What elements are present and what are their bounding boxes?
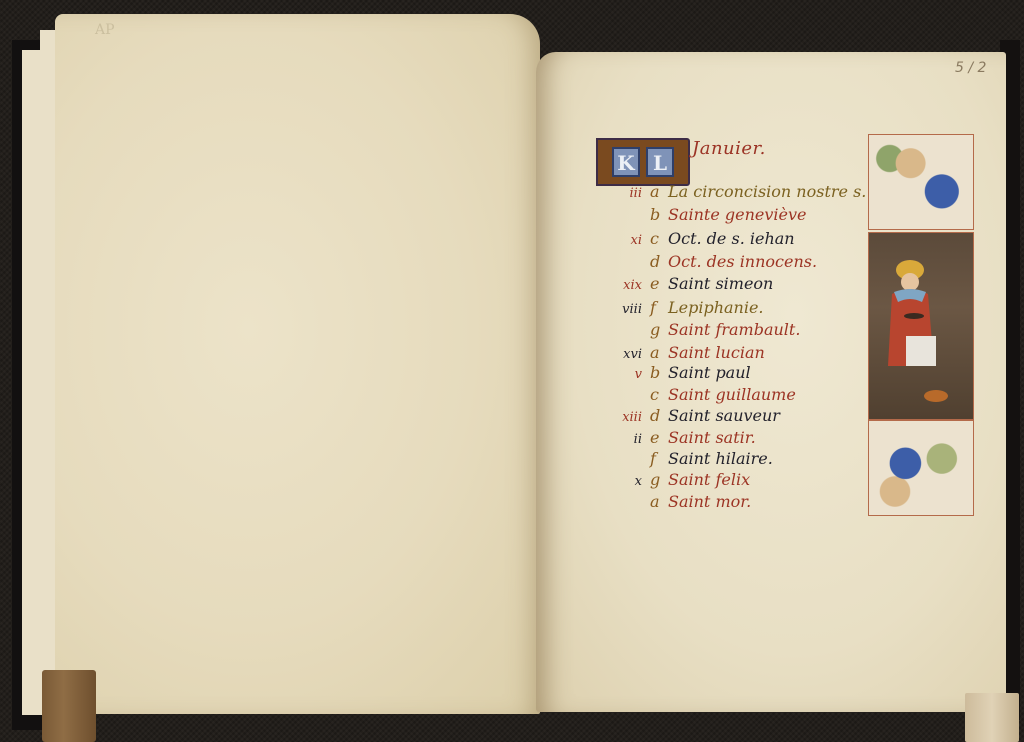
feast-name: Saint mor. xyxy=(668,492,751,511)
calendar-row: iieSaint satir. xyxy=(600,428,756,450)
calendar-row: xiiidSaint sauveur xyxy=(600,406,780,428)
feast-name: Saint guillaume xyxy=(668,385,796,404)
dominical-letter: a xyxy=(650,343,668,362)
golden-number: ii xyxy=(600,432,650,447)
golden-number: xiii xyxy=(600,410,650,425)
feast-name: Saint simeon xyxy=(668,274,773,293)
calendar-row: bSainte geneviève xyxy=(600,205,807,227)
dominical-letter: c xyxy=(650,229,668,248)
dominical-letter: b xyxy=(650,205,668,224)
left-page-note: AP xyxy=(95,22,115,38)
golden-number: xvi xyxy=(600,347,650,362)
dominical-letter: d xyxy=(650,406,668,425)
golden-number: viii xyxy=(600,302,650,317)
seated-man-miniature-icon xyxy=(878,256,948,406)
initial-k: K xyxy=(612,147,640,177)
golden-number: iii xyxy=(600,186,650,201)
feast-name: Saint satir. xyxy=(668,428,756,447)
month-heading: Januier. xyxy=(692,138,766,159)
feast-name: Oct. des innocens. xyxy=(668,252,817,271)
feast-name: Saint lucian xyxy=(668,343,765,362)
dominical-letter: a xyxy=(650,492,668,511)
feast-name: Saint frambault. xyxy=(668,320,800,339)
golden-number: v xyxy=(600,367,650,382)
wooden-book-stand-right xyxy=(965,693,1019,742)
feast-name: Lepiphanie. xyxy=(668,298,764,317)
golden-number: xi xyxy=(600,233,650,248)
dominical-letter: a xyxy=(650,182,668,201)
wooden-book-stand-left xyxy=(42,670,96,742)
calendar-row: vbSaint paul xyxy=(600,363,751,385)
left-page-blank-verso xyxy=(55,14,540,714)
calendar-row: xixeSaint simeon xyxy=(600,274,773,296)
dominical-letter: g xyxy=(650,320,668,339)
calendar-row: dOct. des innocens. xyxy=(600,252,817,274)
folio-number: 5 / 2 xyxy=(955,60,986,76)
floral-border-top xyxy=(868,134,974,230)
kl-initial: K L xyxy=(596,138,690,186)
dominical-letter: c xyxy=(650,385,668,404)
calendar-row: xviaSaint lucian xyxy=(600,343,765,365)
calendar-row: fSaint hilaire. xyxy=(600,449,773,471)
dominical-letter: d xyxy=(650,252,668,271)
dominical-letter: b xyxy=(650,363,668,382)
feast-name: Sainte geneviève xyxy=(668,205,807,224)
initial-l: L xyxy=(646,147,674,177)
dominical-letter: e xyxy=(650,428,668,447)
feast-name: La circoncision nostre s. xyxy=(668,182,866,201)
dominical-letter: f xyxy=(650,449,668,468)
calendar-row: cSaint guillaume xyxy=(600,385,796,407)
dominical-letter: g xyxy=(650,470,668,489)
feast-name: Saint hilaire. xyxy=(668,449,773,468)
calendar-row: aSaint mor. xyxy=(600,492,751,514)
feast-name: Saint sauveur xyxy=(668,406,780,425)
golden-number: x xyxy=(600,474,650,489)
dominical-letter: e xyxy=(650,274,668,293)
golden-number: xix xyxy=(600,278,650,293)
feast-name: Saint felix xyxy=(668,470,750,489)
calendar-row: iiiaLa circoncision nostre s. xyxy=(600,182,866,204)
calendar-row: viiifLepiphanie. xyxy=(600,298,764,320)
feast-name: Oct. de s. iehan xyxy=(668,229,795,248)
calendar-row: xgSaint felix xyxy=(600,470,750,492)
floral-border-bottom xyxy=(868,420,974,516)
calendar-row: xicOct. de s. iehan xyxy=(600,229,795,251)
feast-name: Saint paul xyxy=(668,363,751,382)
dominical-letter: f xyxy=(650,298,668,317)
calendar-row: gSaint frambault. xyxy=(600,320,800,342)
